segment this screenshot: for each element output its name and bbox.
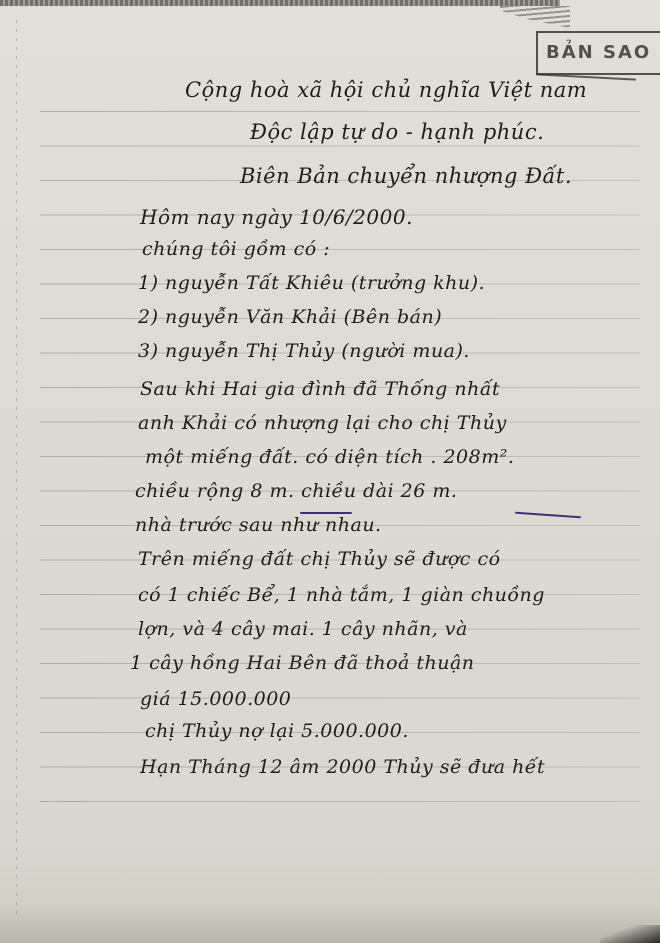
body-line: chiều rộng 8 m. chiều dài 26 m. [135,480,457,502]
body-line: Hạn Tháng 12 âm 2000 Thủy sẽ đưa hết [140,756,545,778]
party-2: 2) nguyễn Văn Khải (Bên bán) [138,306,442,328]
corner-shadow [600,925,660,943]
body-line: Sau khi Hai gia đình đã Thống nhất [140,378,500,400]
document-title: Biên Bản chuyển nhượng Đất. [240,164,572,188]
body-line: 1 cây hồng Hai Bên đã thoả thuận [130,652,475,674]
header-line-2: Độc lập tự do - hạnh phúc. [250,120,544,144]
party-1: 1) nguyễn Tất Khiêu (trưởng khu). [138,272,485,294]
body-line: anh Khải có nhượng lại cho chị Thủy [138,412,507,434]
body-line: giá 15.000.000 [140,688,291,710]
body-line: lợn, và 4 cây mai. 1 cây nhãn, và [138,618,468,640]
body-line: một miếng đất. có diện tích . 208m². [145,446,514,468]
date-line: Hôm nay ngày 10/6/2000. [140,205,413,229]
body-line: nhà trước sau như nhau. [135,514,382,536]
body-line: có 1 chiếc Bể, 1 nhà tắm, 1 giàn chuồng [138,584,545,606]
party-3: 3) nguyễn Thị Thủy (người mua). [138,340,470,362]
header-line-1: Cộng hoà xã hội chủ nghĩa Việt nam [185,78,587,102]
bottom-shadow [0,903,660,943]
body-line: Trên miếng đất chị Thủy sẽ được có [138,548,501,570]
body-line: chị Thủy nợ lại 5.000.000. [145,720,409,742]
paper-top-edge [0,0,560,6]
intro-line: chúng tôi gồm có : [142,238,330,260]
margin-line [16,20,17,920]
copy-stamp: BẢN SAO [536,31,660,75]
